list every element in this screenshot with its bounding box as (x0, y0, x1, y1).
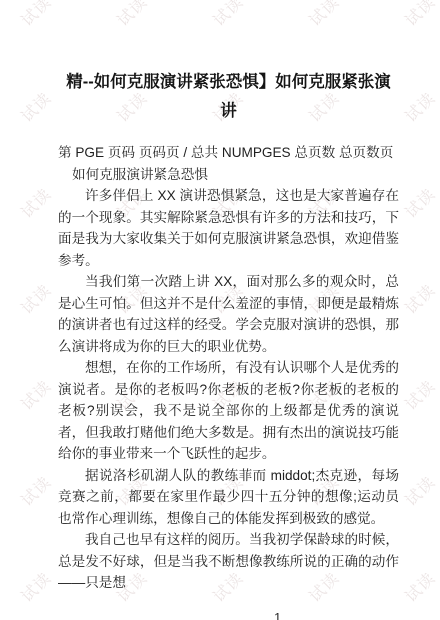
header-placeholder-line: 第 PGE 页码 页码页 / 总共 NUMPGES 总页数 总页数页 (58, 142, 399, 164)
watermark-stamp: 试读 (4, 363, 66, 425)
article-subtitle: 如何克服演讲紧急恐惧 (58, 164, 399, 186)
watermark-stamp: 试读 (4, 267, 66, 329)
watermark-stamp: 试读 (4, 171, 66, 233)
body-text: 第 PGE 页码 页码页 / 总共 NUMPGES 总页数 总页数页 如何克服演… (58, 142, 399, 594)
watermark-stamp: 试读 (4, 555, 66, 617)
paragraph: 当我们第一次踏上讲 XX，面对那么多的观众时，总是心生可怕。但这并不是什么羞涩的… (58, 271, 399, 357)
paragraph: 我自己也早有这样的阅历。当我初学保龄球的时候，总是发不好球，但是当我不断想像教练… (58, 529, 399, 594)
paragraph: 据说洛杉矶湖人队的教练菲而 middot;杰克逊，每场竞赛之前，都要在家里作最少… (58, 465, 399, 530)
watermark-stamp: 试读 (4, 459, 66, 521)
watermark-stamp: 试读 (4, 75, 66, 137)
document-content: 精--如何克服演讲紧张恐惧】如何克服紧张演讲 第 PGE 页码 页码页 / 总共… (58, 0, 399, 620)
page-number: 1 (274, 610, 399, 620)
paragraph: 许多伴侣上 XX 演讲恐惧紧急，这也是大家普遍存在的一个现象。其实解除紧急恐惧有… (58, 185, 399, 271)
page-title: 精--如何克服演讲紧张恐惧】如何克服紧张演讲 (62, 68, 396, 126)
paragraphs: 许多伴侣上 XX 演讲恐惧紧急，这也是大家普遍存在的一个现象。其实解除紧急恐惧有… (58, 185, 399, 594)
watermark-stamp: 试读 (4, 0, 66, 41)
document-page: 试读试读试读试读试读试读试读试读试读试读试读试读试读试读试读试读试读试读试读试读… (0, 0, 440, 620)
paragraph: 想想，在你的工作场所，有没有认识哪个人是优秀的演说者。是你的老板吗?你老板的老板… (58, 357, 399, 465)
